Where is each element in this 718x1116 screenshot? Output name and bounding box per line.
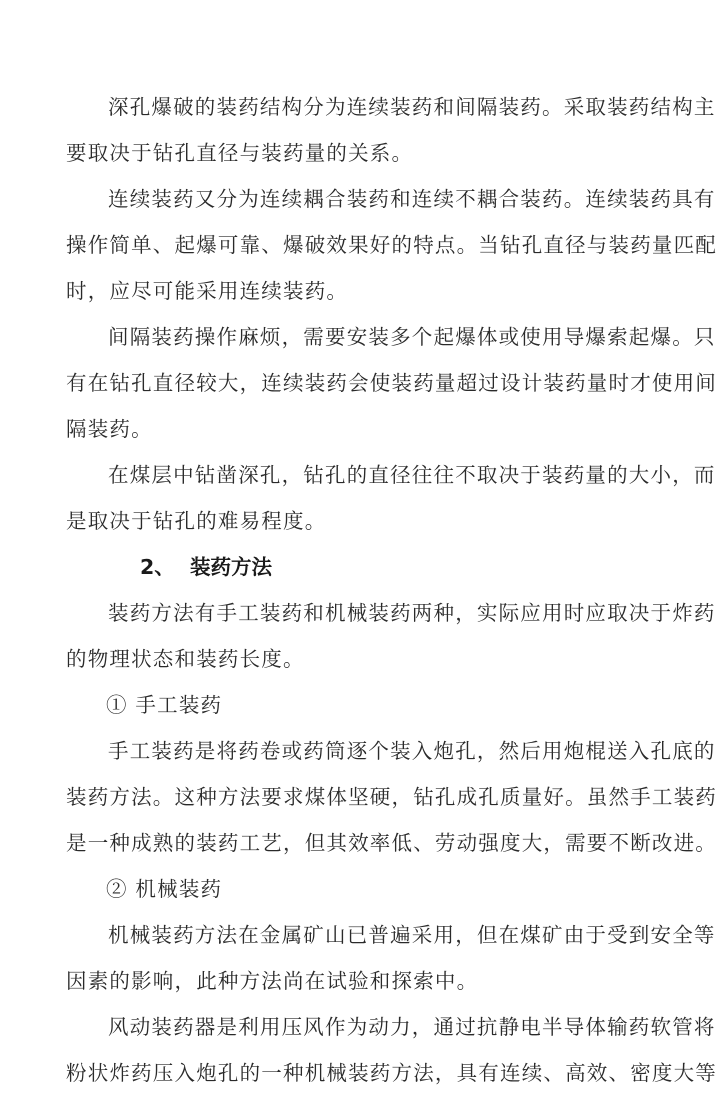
section-intro-line-2: 的物理状态和装药长度。 [66, 645, 676, 673]
pneumatic-paragraph-line-2: 粉状炸药压入炮孔的一种机械装药方法，具有连续、高效、密度大等 [66, 1059, 676, 1087]
subsection-1-line-2: 装药方法。这种方法要求煤体坚硬，钻孔成孔质量好。虽然手工装药 [66, 783, 676, 811]
section-number: 2、 [140, 553, 190, 581]
paragraph-2-line-3: 时，应尽可能采用连续装药。 [66, 277, 676, 305]
subsection-1-line-3: 是一种成熟的装药工艺，但其效率低、劳动强度大，需要不断改进。 [66, 829, 676, 857]
section-title: 装药方法 [190, 555, 272, 579]
paragraph-3-line-3: 隔装药。 [66, 415, 676, 443]
subsection-2-title: 机械装药 [135, 877, 222, 901]
paragraph-4-line-1: 在煤层中钻凿深孔，钻孔的直径往往不取决于装药量的大小，而 [108, 461, 676, 489]
paragraph-2-line-2: 操作简单、起爆可靠、爆破效果好的特点。当钻孔直径与装药量匹配 [66, 231, 676, 259]
paragraph-3-line-1: 间隔装药操作麻烦，需要安装多个起爆体或使用导爆索起爆。只 [108, 323, 676, 351]
paragraph-1-line-2: 要取决于钻孔直径与装药量的关系。 [66, 139, 676, 167]
paragraph-2-line-1: 连续装药又分为连续耦合装药和连续不耦合装药。连续装药具有 [108, 185, 676, 213]
subsection-1-heading: ① 手工装药 [106, 691, 222, 719]
section-heading: 2、装药方法 [140, 553, 272, 581]
paragraph-4-line-2: 是取决于钻孔的难易程度。 [66, 507, 676, 535]
pneumatic-paragraph-line-1: 风动装药器是利用压风作为动力，通过抗静电半导体输药软管将 [108, 1013, 676, 1041]
subsection-1-title: 手工装药 [135, 693, 222, 717]
subsection-2-line-1: 机械装药方法在金属矿山已普遍采用，但在煤矿由于受到安全等 [108, 921, 676, 949]
paragraph-3-line-2: 有在钻孔直径较大，连续装药会使装药量超过设计装药量时才使用间 [66, 369, 676, 397]
subsection-2-heading: ② 机械装药 [106, 875, 222, 903]
subsection-1-line-1: 手工装药是将药卷或药筒逐个装入炮孔，然后用炮棍送入孔底的 [108, 737, 676, 765]
paragraph-1-line-1: 深孔爆破的装药结构分为连续装药和间隔装药。采取装药结构主 [108, 93, 676, 121]
subsection-2-line-2: 因素的影响，此种方法尚在试验和探索中。 [66, 967, 676, 995]
subsection-2-marker: ② [106, 877, 128, 901]
section-intro-line-1: 装药方法有手工装药和机械装药两种，实际应用时应取决于炸药 [108, 599, 676, 627]
document-page: 深孔爆破的装药结构分为连续装药和间隔装药。采取装药结构主 要取决于钻孔直径与装药… [0, 0, 718, 1116]
subsection-1-marker: ① [106, 693, 128, 717]
